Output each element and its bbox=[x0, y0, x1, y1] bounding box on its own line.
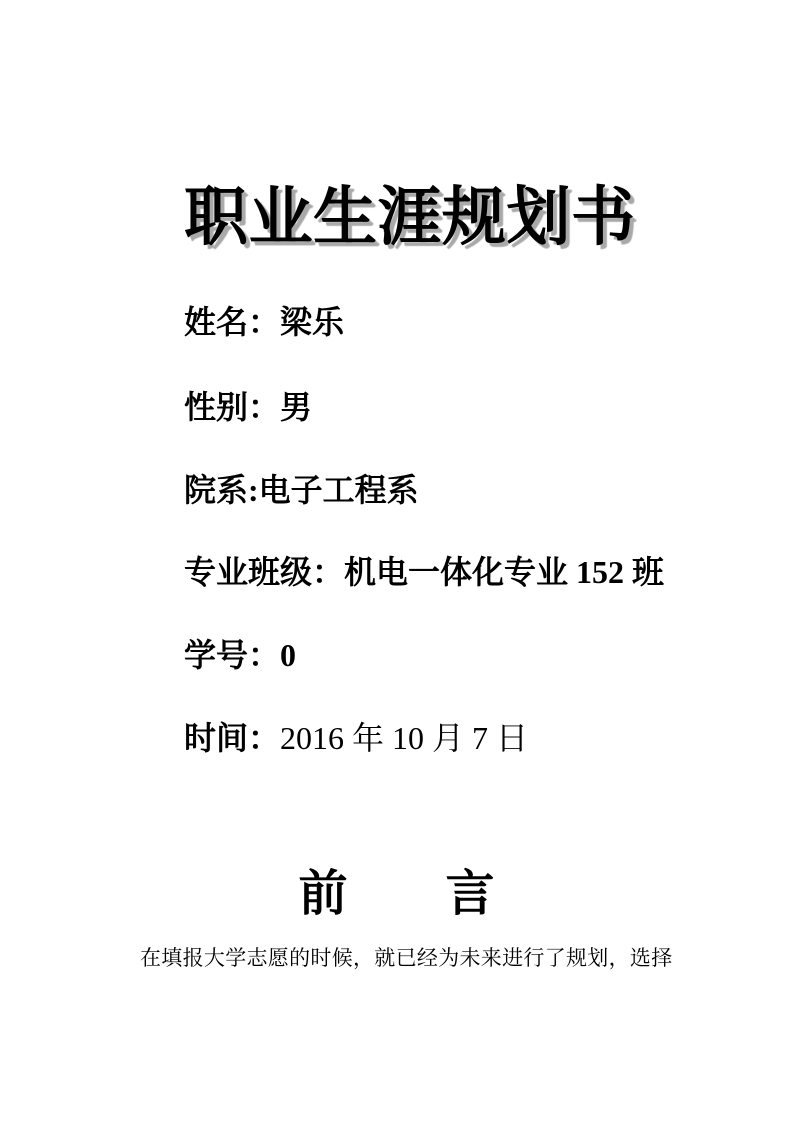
body-paragraph: 在填报大学志愿的时候，就已经为未来进行了规划，选择 bbox=[140, 945, 673, 972]
field-student-id: 学号：0 bbox=[184, 639, 296, 671]
field-name-value: 梁乐 bbox=[280, 304, 344, 340]
field-gender-value: 男 bbox=[280, 389, 312, 425]
field-name: 姓名：梁乐 bbox=[184, 306, 344, 338]
field-date-label: 时间： bbox=[184, 720, 280, 756]
field-gender: 性别：男 bbox=[184, 391, 312, 423]
field-department-value: 电子工程系 bbox=[259, 472, 419, 508]
field-gender-label: 性别： bbox=[184, 389, 280, 425]
field-student-id-value: 0 bbox=[280, 637, 296, 673]
field-major-class: 专业班级：机电一体化专业 152 班 bbox=[184, 556, 664, 588]
field-date: 时间：2016 年 10 月 7 日 bbox=[184, 722, 528, 754]
field-student-id-label: 学号： bbox=[184, 637, 280, 673]
field-major-class-value: 机电一体化专业 152 班 bbox=[344, 554, 664, 590]
field-major-class-label: 专业班级： bbox=[184, 554, 344, 590]
document-title: 职业生涯规划书 bbox=[184, 186, 636, 250]
field-name-label: 姓名： bbox=[184, 304, 280, 340]
field-department: 院系:电子工程系 bbox=[184, 474, 419, 506]
field-department-label: 院系: bbox=[184, 472, 259, 508]
document-page: 职业生涯规划书 姓名：梁乐 性别：男 院系:电子工程系 专业班级：机电一体化专业… bbox=[0, 0, 793, 1122]
preface-heading: 前 言 bbox=[0, 870, 793, 919]
field-date-value: 2016 年 10 月 7 日 bbox=[280, 720, 528, 756]
